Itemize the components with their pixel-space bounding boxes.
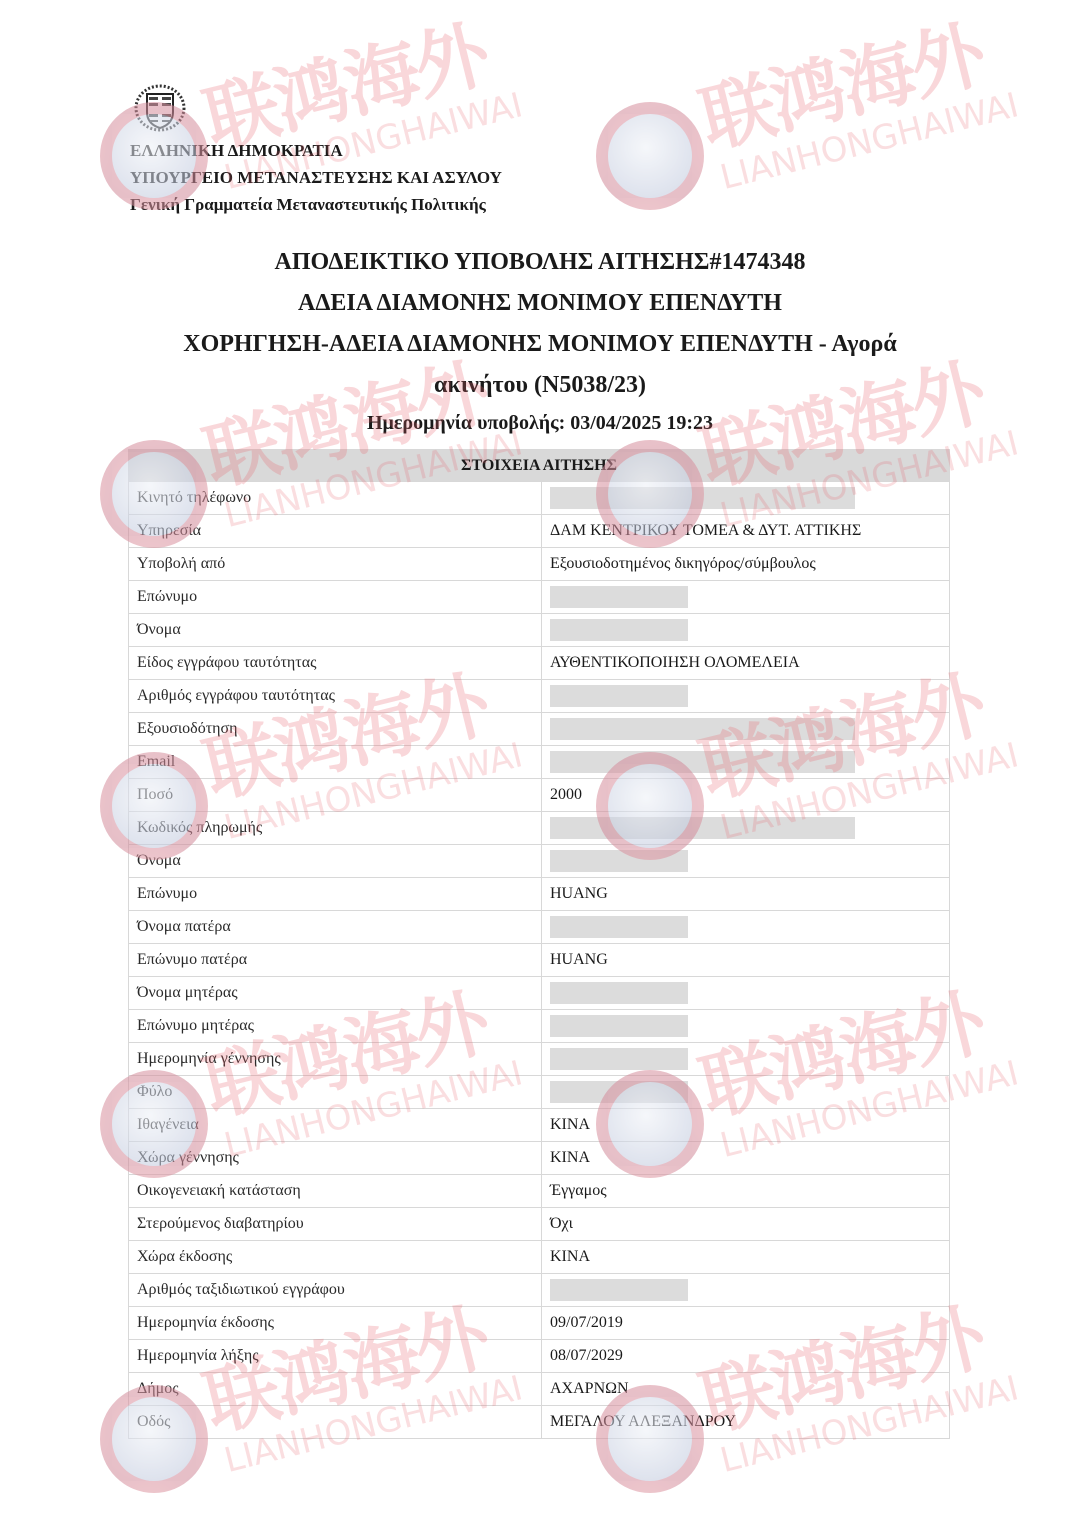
table-row: Οικογενειακή κατάστασηΈγγαμος bbox=[129, 1175, 950, 1208]
field-label: Χώρα γέννησης bbox=[129, 1142, 542, 1175]
submission-date: Ημερομηνία υποβολής: 03/04/2025 19:23 bbox=[0, 408, 1080, 438]
table-row: Φύλο bbox=[129, 1076, 950, 1109]
table-row: Κινητό τηλέφωνο bbox=[129, 482, 950, 515]
table-row: Επώνυμο bbox=[129, 581, 950, 614]
table-row: Υποβολή απόΕξουσιοδοτημένος δικηγόρος/σύ… bbox=[129, 548, 950, 581]
field-value: Όχι bbox=[542, 1208, 950, 1241]
ministry-name: ΥΠΟΥΡΓΕΙΟ ΜΕΤΑΝΑΣΤΕΥΣΗΣ ΚΑΙ ΑΣΥΛΟΥ bbox=[130, 164, 502, 191]
redacted-value bbox=[550, 685, 688, 707]
application-details-table: ΣΤΟΙΧΕΙΑ ΑΙΤΗΣΗΣ Κινητό τηλέφωνοΥπηρεσία… bbox=[128, 449, 950, 1439]
agency-block: ΕΛΛΗΝΙΚΗ ΔΗΜΟΚΡΑΤΙΑ ΥΠΟΥΡΓΕΙΟ ΜΕΤΑΝΑΣΤΕΥ… bbox=[130, 137, 502, 218]
country-name: ΕΛΛΗΝΙΚΗ ΔΗΜΟΚΡΑΤΙΑ bbox=[130, 137, 502, 164]
redacted-value bbox=[550, 1048, 688, 1070]
table-row: ΙθαγένειαΚΙΝΑ bbox=[129, 1109, 950, 1142]
field-label: Είδος εγγράφου ταυτότητας bbox=[129, 647, 542, 680]
table-row: Email bbox=[129, 746, 950, 779]
redacted-value bbox=[550, 817, 855, 839]
watermark-latin: LIANHONGHAIWAI bbox=[716, 85, 1022, 198]
table-row: Επώνυμο μητέρας bbox=[129, 1010, 950, 1043]
field-label: Ποσό bbox=[129, 779, 542, 812]
secretariat-name: Γενική Γραμματεία Μεταναστευτικής Πολιτι… bbox=[130, 191, 502, 218]
table-row: Είδος εγγράφου ταυτότηταςΑΥΘΕΝΤΙΚΟΠΟΙΗΣΗ… bbox=[129, 647, 950, 680]
field-label: Επώνυμο bbox=[129, 878, 542, 911]
table-row: Όνομα bbox=[129, 614, 950, 647]
field-value: ΚΙΝΑ bbox=[542, 1241, 950, 1274]
redacted-value bbox=[550, 586, 688, 608]
field-label: Δήμος bbox=[129, 1373, 542, 1406]
field-label: Κωδικός πληρωμής bbox=[129, 812, 542, 845]
redacted-value bbox=[550, 751, 855, 773]
redacted-value bbox=[550, 1015, 688, 1037]
field-label: Κινητό τηλέφωνο bbox=[129, 482, 542, 515]
table-row: ΔήμοςΑΧΑΡΝΩΝ bbox=[129, 1373, 950, 1406]
table-row: Ποσό2000 bbox=[129, 779, 950, 812]
field-label: Φύλο bbox=[129, 1076, 542, 1109]
table-row: Ημερομηνία έκδοσης09/07/2019 bbox=[129, 1307, 950, 1340]
field-value bbox=[542, 482, 950, 515]
watermark-seal-icon bbox=[596, 102, 704, 210]
field-value: HUANG bbox=[542, 944, 950, 977]
document-titles: ΑΠΟΔΕΙΚΤΙΚΟ ΥΠΟΒΟΛΗΣ ΑΙΤΗΣΗΣ#1474348 ΑΔΕ… bbox=[0, 242, 1080, 438]
field-value bbox=[542, 812, 950, 845]
field-label: Όνομα bbox=[129, 614, 542, 647]
table-row: Αριθμός ταξιδιωτικού εγγράφου bbox=[129, 1274, 950, 1307]
table-row: ΟδόςΜΕΓΑΛΟΥ ΑΛΕΞΑΝΔΡΟΥ bbox=[129, 1406, 950, 1439]
table-row: ΥπηρεσίαΔΑΜ ΚΕΝΤΡΙΚΟΥ ΤΟΜΕΑ & ΔΥΤ. ΑΤΤΙΚ… bbox=[129, 515, 950, 548]
table-row: Ημερομηνία λήξης08/07/2029 bbox=[129, 1340, 950, 1373]
table-row: Εξουσιοδότηση bbox=[129, 713, 950, 746]
field-value: 08/07/2029 bbox=[542, 1340, 950, 1373]
table-row: Χώρα έκδοσηςΚΙΝΑ bbox=[129, 1241, 950, 1274]
field-value: HUANG bbox=[542, 878, 950, 911]
field-label: Όνομα πατέρα bbox=[129, 911, 542, 944]
redacted-value bbox=[550, 718, 855, 740]
field-value: ΑΧΑΡΝΩΝ bbox=[542, 1373, 950, 1406]
field-value bbox=[542, 680, 950, 713]
redacted-value bbox=[550, 982, 688, 1004]
field-label: Ημερομηνία λήξης bbox=[129, 1340, 542, 1373]
field-value: Έγγαμος bbox=[542, 1175, 950, 1208]
table-row: ΕπώνυμοHUANG bbox=[129, 878, 950, 911]
field-value: ΑΥΘΕΝΤΙΚΟΠΟΙΗΣΗ ΟΛΟΜΕΛΕΙΑ bbox=[542, 647, 950, 680]
field-label: Ημερομηνία γέννησης bbox=[129, 1043, 542, 1076]
table-row: Χώρα γέννησηςΚΙΝΑ bbox=[129, 1142, 950, 1175]
table-row: Αριθμός εγγράφου ταυτότητας bbox=[129, 680, 950, 713]
field-value bbox=[542, 1010, 950, 1043]
field-value bbox=[542, 1043, 950, 1076]
field-label: Εξουσιοδότηση bbox=[129, 713, 542, 746]
field-value bbox=[542, 1076, 950, 1109]
table-row: Κωδικός πληρωμής bbox=[129, 812, 950, 845]
field-value bbox=[542, 746, 950, 779]
field-value: ΜΕΓΑΛΟΥ ΑΛΕΞΑΝΔΡΟΥ bbox=[542, 1406, 950, 1439]
field-value: ΚΙΝΑ bbox=[542, 1142, 950, 1175]
field-label: Υποβολή από bbox=[129, 548, 542, 581]
field-label: Ημερομηνία έκδοσης bbox=[129, 1307, 542, 1340]
permit-type: ΑΔΕΙΑ ΔΙΑΜΟΝΗΣ ΜΟΝΙΜΟΥ ΕΠΕΝΔΥΤΗ bbox=[0, 283, 1080, 324]
field-label: Ιθαγένεια bbox=[129, 1109, 542, 1142]
watermark-chinese: 联鸿海外 bbox=[688, 0, 993, 168]
receipt-title: ΑΠΟΔΕΙΚΤΙΚΟ ΥΠΟΒΟΛΗΣ ΑΙΤΗΣΗΣ#1474348 bbox=[0, 242, 1080, 283]
field-label: Αριθμός ταξιδιωτικού εγγράφου bbox=[129, 1274, 542, 1307]
field-label: Επώνυμο μητέρας bbox=[129, 1010, 542, 1043]
field-value bbox=[542, 845, 950, 878]
field-label: Email bbox=[129, 746, 542, 779]
field-value bbox=[542, 1274, 950, 1307]
field-value: 2000 bbox=[542, 779, 950, 812]
field-value: ΚΙΝΑ bbox=[542, 1109, 950, 1142]
table-row: Επώνυμο πατέραHUANG bbox=[129, 944, 950, 977]
field-label: Υπηρεσία bbox=[129, 515, 542, 548]
field-label: Χώρα έκδοσης bbox=[129, 1241, 542, 1274]
table-row: Όνομα πατέρα bbox=[129, 911, 950, 944]
permit-subtype: ΧΟΡΗΓΗΣΗ-ΑΔΕΙΑ ΔΙΑΜΟΝΗΣ ΜΟΝΙΜΟΥ ΕΠΕΝΔΥΤΗ… bbox=[0, 324, 1080, 406]
field-value bbox=[542, 911, 950, 944]
field-label: Όνομα bbox=[129, 845, 542, 878]
table-row: Όνομα bbox=[129, 845, 950, 878]
redacted-value bbox=[550, 487, 855, 509]
table-heading: ΣΤΟΙΧΕΙΑ ΑΙΤΗΣΗΣ bbox=[129, 450, 950, 482]
field-value: Εξουσιοδοτημένος δικηγόρος/σύμβουλος bbox=[542, 548, 950, 581]
field-label: Οδός bbox=[129, 1406, 542, 1439]
table-row: Όνομα μητέρας bbox=[129, 977, 950, 1010]
field-label: Στερούμενος διαβατηρίου bbox=[129, 1208, 542, 1241]
redacted-value bbox=[550, 1081, 688, 1103]
table-row: Στερούμενος διαβατηρίουΌχι bbox=[129, 1208, 950, 1241]
field-value bbox=[542, 713, 950, 746]
table-row: Ημερομηνία γέννησης bbox=[129, 1043, 950, 1076]
field-label: Επώνυμο bbox=[129, 581, 542, 614]
field-value bbox=[542, 977, 950, 1010]
field-label: Οικογενειακή κατάσταση bbox=[129, 1175, 542, 1208]
redacted-value bbox=[550, 619, 688, 641]
field-label: Αριθμός εγγράφου ταυτότητας bbox=[129, 680, 542, 713]
field-value: 09/07/2019 bbox=[542, 1307, 950, 1340]
redacted-value bbox=[550, 916, 688, 938]
field-value bbox=[542, 581, 950, 614]
field-value: ΔΑΜ ΚΕΝΤΡΙΚΟΥ ΤΟΜΕΑ & ΔΥΤ. ΑΤΤΙΚΗΣ bbox=[542, 515, 950, 548]
field-value bbox=[542, 614, 950, 647]
field-label: Επώνυμο πατέρα bbox=[129, 944, 542, 977]
greek-coat-of-arms-icon bbox=[133, 84, 187, 132]
field-label: Όνομα μητέρας bbox=[129, 977, 542, 1010]
redacted-value bbox=[550, 850, 688, 872]
redacted-value bbox=[550, 1279, 688, 1301]
